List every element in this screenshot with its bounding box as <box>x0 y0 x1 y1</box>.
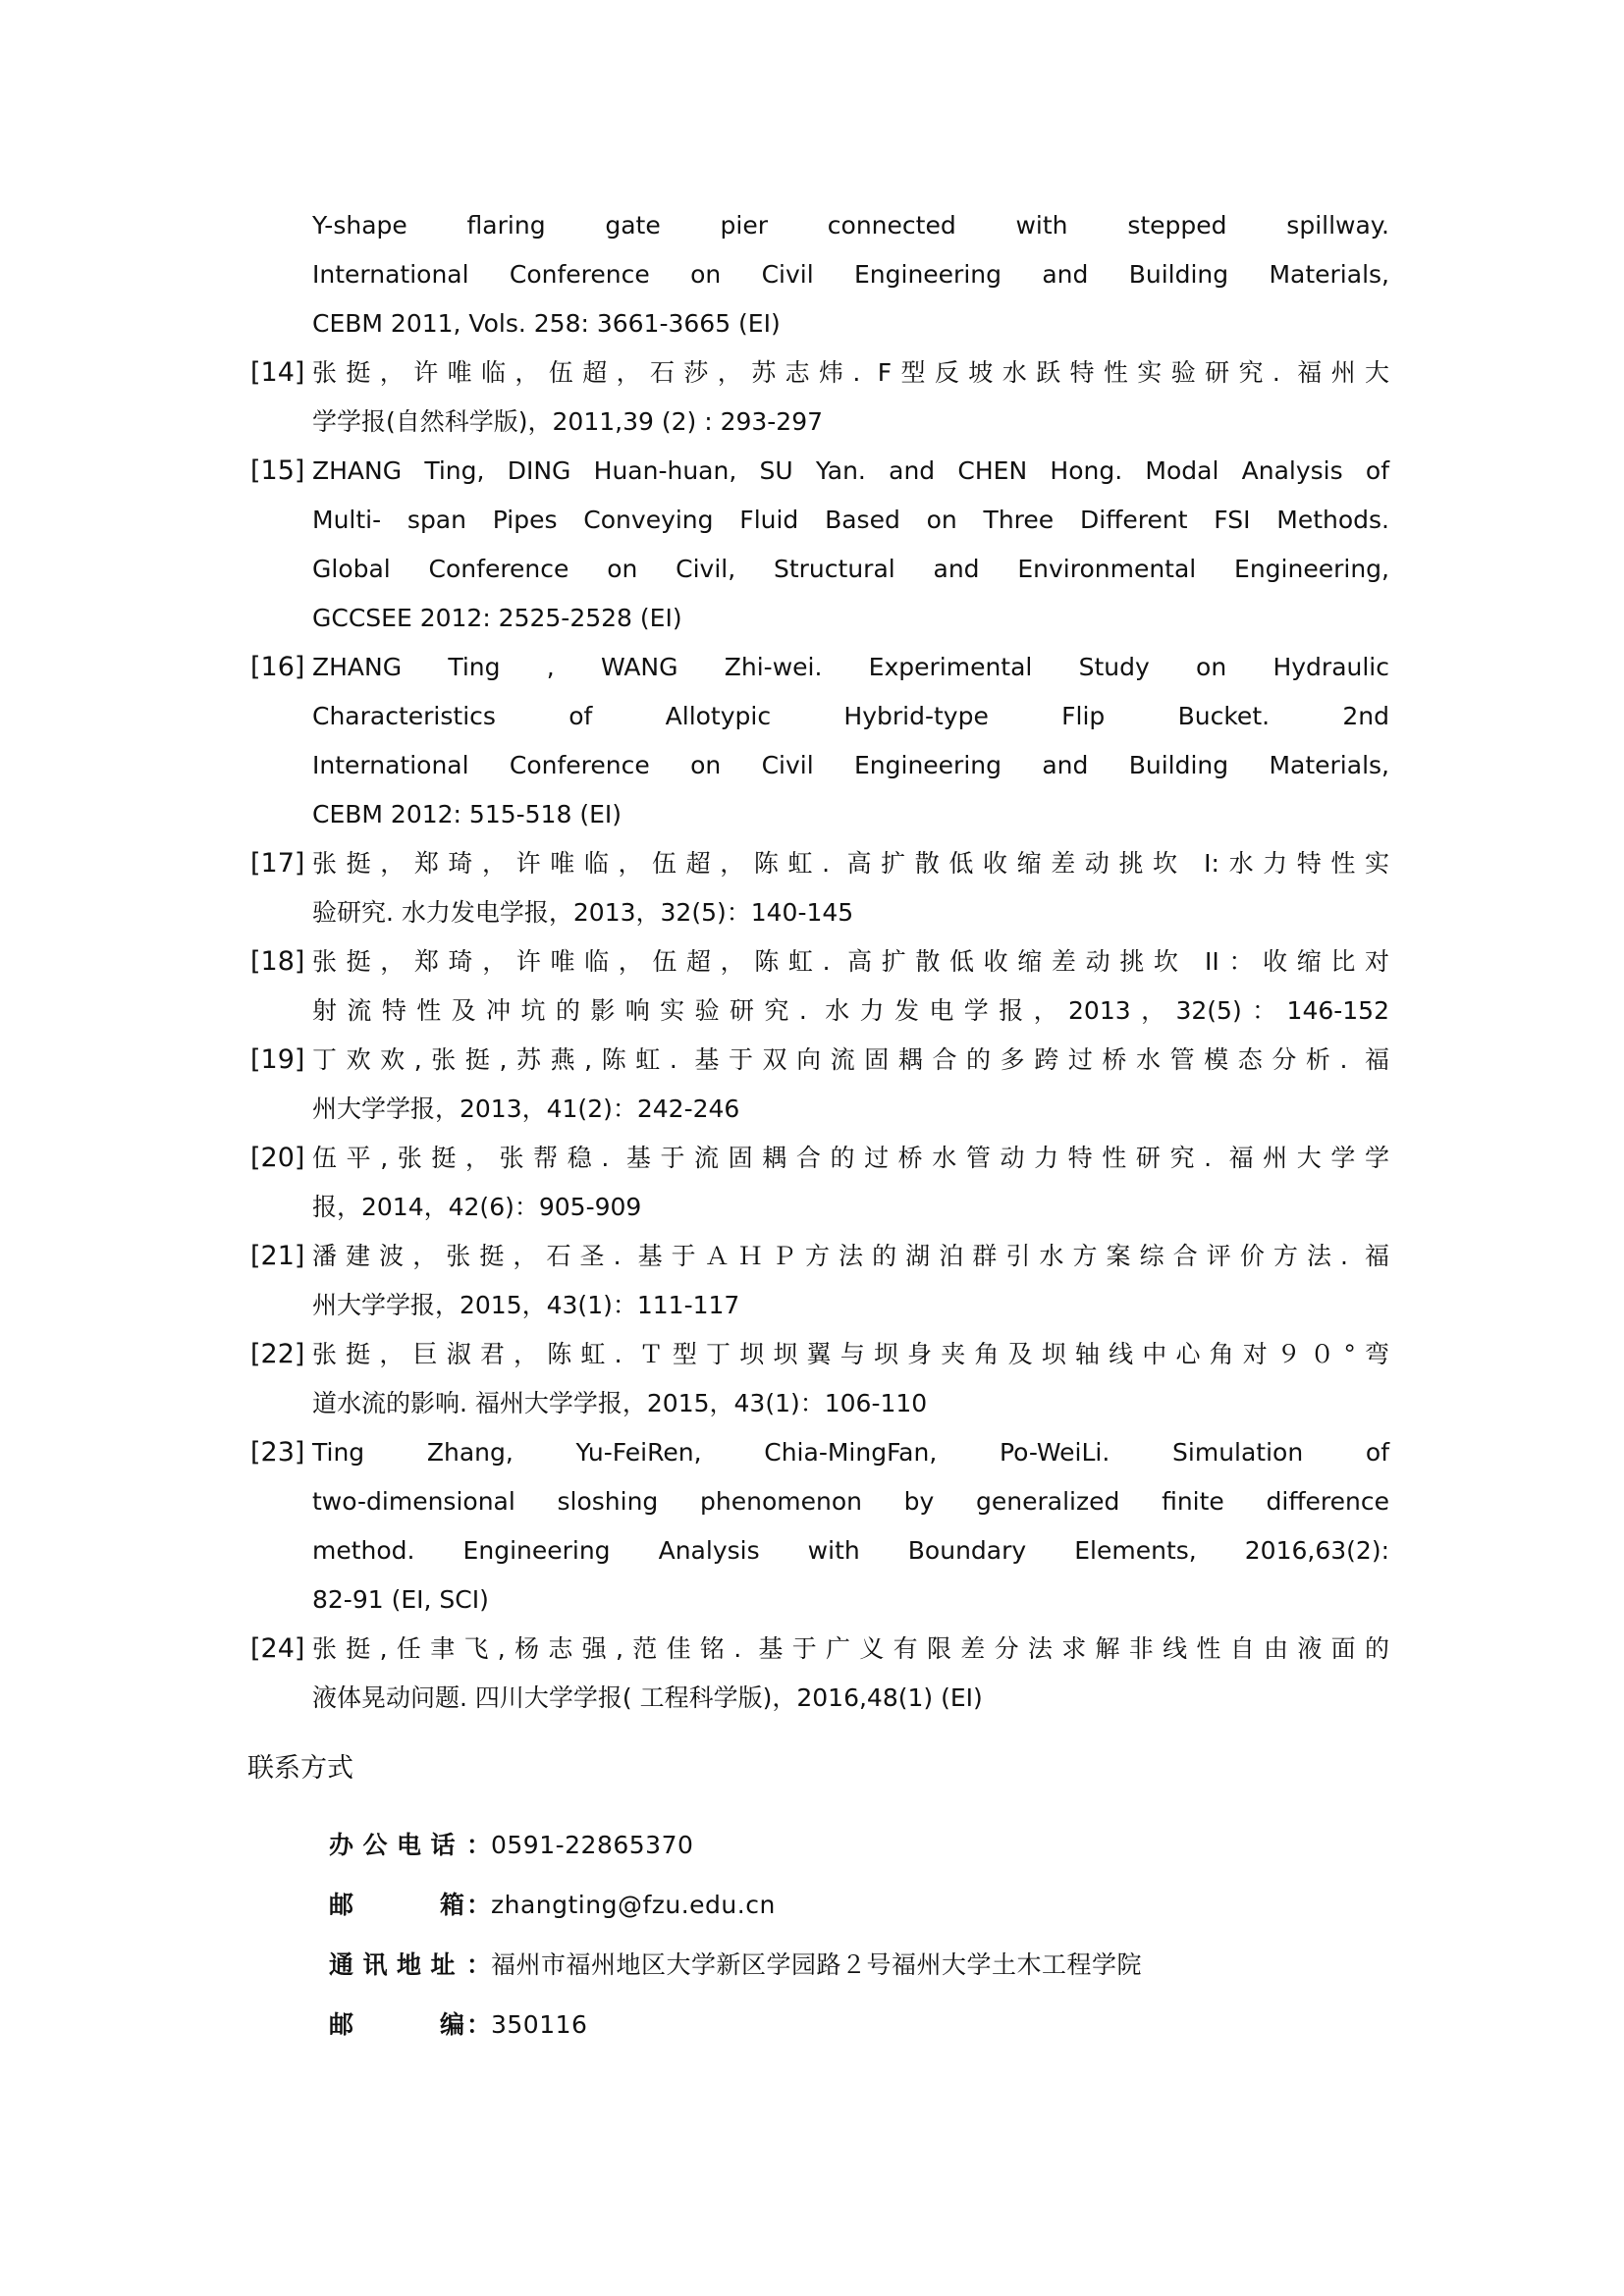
reference-item: [18]张挺，郑琦，许唯临，伍超，陈虹. 高扩散低收缩差动挑坎 II：收缩比对射… <box>250 937 1389 1036</box>
reference-line: 张挺，郑琦，许唯临，伍超，陈虹. 高扩散低收缩差动挑坎 II：收缩比对 <box>312 937 1389 987</box>
reference-item: [24]张挺,任聿飞,杨志强,范佳铭. 基于广义有限差分法求解非线性自由液面的液… <box>250 1625 1389 1723</box>
contact-info: 办 公 电 话 ： 0591-22865370 邮 箱 ： zhangting@… <box>329 1821 1142 2060</box>
email-value[interactable]: zhangting@fzu.edu.cn <box>491 1881 776 1941</box>
reference-line: ZHANG Ting, DING Huan-huan, SU Yan. and … <box>312 447 1389 496</box>
postcode-label: 邮 编 ： <box>329 2001 491 2060</box>
reference-number: [16] <box>250 643 304 692</box>
reference-item: [22]张挺，巨淑君，陈虹. Ｔ型丁坝坝翼与坝身夹角及坝轴线中心角对９０°弯道水… <box>250 1330 1389 1428</box>
contact-row-office-phone: 办 公 电 话 ： 0591-22865370 <box>329 1821 1142 1881</box>
reference-item: [14]张挺，许唯临，伍超，石莎，苏志炜. F型反坡水跃特性实验研究. 福州大学… <box>250 348 1389 447</box>
reference-text: 丁欢欢,张挺,苏燕,陈虹. 基于双向流固耦合的多跨过桥水管模态分析. 福州大学学… <box>312 1036 1389 1134</box>
reference-text: Ting Zhang, Yu-FeiRen, Chia-MingFan, Po-… <box>312 1428 1389 1625</box>
reference-line: Ting Zhang, Yu-FeiRen, Chia-MingFan, Po-… <box>312 1428 1389 1477</box>
reference-line: 报，2014，42(6)：905-909 <box>312 1183 1389 1232</box>
contact-row-postcode: 邮 编 ： 350116 <box>329 2001 1142 2060</box>
reference-number: [22] <box>250 1330 304 1379</box>
reference-number: [21] <box>250 1232 304 1281</box>
reference-line: CEBM 2011, Vols. 258: 3661-3665 (EI) <box>312 299 1389 348</box>
reference-line: International Conference on Civil Engine… <box>312 741 1389 790</box>
reference-line: 82-91 (EI, SCI) <box>312 1575 1389 1625</box>
reference-text: ZHANG Ting , WANG Zhi-wei. Experimental … <box>312 643 1389 839</box>
reference-line: 验研究. 水力发电学报，2013，32(5)：140-145 <box>312 888 1389 937</box>
reference-number: [14] <box>250 348 304 398</box>
reference-line: 学学报(自然科学版)，2011,39 (2) : 293-297 <box>312 398 1389 447</box>
reference-number: [24] <box>250 1625 304 1674</box>
reference-text: ZHANG Ting, DING Huan-huan, SU Yan. and … <box>312 447 1389 643</box>
reference-line: GCCSEE 2012: 2525-2528 (EI) <box>312 594 1389 643</box>
reference-text: Y-shape flaring gate pier connected with… <box>312 201 1389 348</box>
reference-line: ZHANG Ting , WANG Zhi-wei. Experimental … <box>312 643 1389 692</box>
contact-row-address: 通 讯 地 址 ： 福州市福州地区大学新区学园路２号福州大学土木工程学院 <box>329 1941 1142 2001</box>
reference-item: [17]张挺，郑琦，许唯临，伍超，陈虹. 高扩散低收缩差动挑坎 I:水力特性实验… <box>250 839 1389 937</box>
reference-text: 潘建波，张挺，石圣. 基于ＡＨＰ方法的湖泊群引水方案综合评价方法. 福州大学学报… <box>312 1232 1389 1330</box>
reference-number: [23] <box>250 1428 304 1477</box>
reference-line: Y-shape flaring gate pier connected with… <box>312 201 1389 250</box>
reference-text: 张挺，巨淑君，陈虹. Ｔ型丁坝坝翼与坝身夹角及坝轴线中心角对９０°弯道水流的影响… <box>312 1330 1389 1428</box>
reference-text: 张挺，郑琦，许唯临，伍超，陈虹. 高扩散低收缩差动挑坎 I:水力特性实验研究. … <box>312 839 1389 937</box>
reference-line: International Conference on Civil Engine… <box>312 250 1389 299</box>
office-phone-label: 办 公 电 话 ： <box>329 1821 491 1881</box>
document-page: Y-shape flaring gate pier connected with… <box>0 0 1624 2296</box>
reference-text: 张挺,任聿飞,杨志强,范佳铭. 基于广义有限差分法求解非线性自由液面的液体晃动问… <box>312 1625 1389 1723</box>
address-value: 福州市福州地区大学新区学园路２号福州大学土木工程学院 <box>491 1941 1142 2001</box>
reference-line: 州大学学报，2015，43(1)：111-117 <box>312 1281 1389 1330</box>
reference-text: 张挺，许唯临，伍超，石莎，苏志炜. F型反坡水跃特性实验研究. 福州大学学报(自… <box>312 348 1389 447</box>
reference-item: [21]潘建波，张挺，石圣. 基于ＡＨＰ方法的湖泊群引水方案综合评价方法. 福州… <box>250 1232 1389 1330</box>
reference-line: 张挺,任聿飞,杨志强,范佳铭. 基于广义有限差分法求解非线性自由液面的 <box>312 1625 1389 1674</box>
reference-item: [20]伍平,张挺，张帮稳. 基于流固耦合的过桥水管动力特性研究. 福州大学学报… <box>250 1134 1389 1232</box>
reference-number: [19] <box>250 1036 304 1085</box>
reference-line: 道水流的影响. 福州大学学报，2015，43(1)：106-110 <box>312 1379 1389 1428</box>
reference-line: 张挺，许唯临，伍超，石莎，苏志炜. F型反坡水跃特性实验研究. 福州大 <box>312 348 1389 398</box>
email-label: 邮 箱 ： <box>329 1881 491 1941</box>
contact-row-email: 邮 箱 ： zhangting@fzu.edu.cn <box>329 1881 1142 1941</box>
reference-line: 州大学学报，2013，41(2)：242-246 <box>312 1085 1389 1134</box>
reference-item: [15]ZHANG Ting, DING Huan-huan, SU Yan. … <box>250 447 1389 643</box>
reference-line: Characteristics of Allotypic Hybrid-type… <box>312 692 1389 741</box>
reference-line: 射流特性及冲坑的影响实验研究. 水力发电学报，2013，32(5)：146-15… <box>312 987 1389 1036</box>
reference-line: 潘建波，张挺，石圣. 基于ＡＨＰ方法的湖泊群引水方案综合评价方法. 福 <box>312 1232 1389 1281</box>
reference-line: Global Conference on Civil, Structural a… <box>312 545 1389 594</box>
reference-line: method. Engineering Analysis with Bounda… <box>312 1526 1389 1575</box>
office-phone-value: 0591-22865370 <box>491 1821 693 1881</box>
reference-line: 丁欢欢,张挺,苏燕,陈虹. 基于双向流固耦合的多跨过桥水管模态分析. 福 <box>312 1036 1389 1085</box>
reference-item: [16]ZHANG Ting , WANG Zhi-wei. Experimen… <box>250 643 1389 839</box>
reference-number: [18] <box>250 937 304 987</box>
reference-item: [23]Ting Zhang, Yu-FeiRen, Chia-MingFan,… <box>250 1428 1389 1625</box>
reference-item: [19]丁欢欢,张挺,苏燕,陈虹. 基于双向流固耦合的多跨过桥水管模态分析. 福… <box>250 1036 1389 1134</box>
reference-line: two-dimensional sloshing phenomenon by g… <box>312 1477 1389 1526</box>
contact-section-title: 联系方式 <box>247 1744 353 1793</box>
reference-line: CEBM 2012: 515-518 (EI) <box>312 790 1389 839</box>
reference-list: Y-shape flaring gate pier connected with… <box>250 201 1389 1723</box>
reference-line: 伍平,张挺，张帮稳. 基于流固耦合的过桥水管动力特性研究. 福州大学学 <box>312 1134 1389 1183</box>
reference-number: [17] <box>250 839 304 888</box>
reference-number: [15] <box>250 447 304 496</box>
reference-text: 张挺，郑琦，许唯临，伍超，陈虹. 高扩散低收缩差动挑坎 II：收缩比对射流特性及… <box>312 937 1389 1036</box>
reference-number: [20] <box>250 1134 304 1183</box>
reference-line: 张挺，巨淑君，陈虹. Ｔ型丁坝坝翼与坝身夹角及坝轴线中心角对９０°弯 <box>312 1330 1389 1379</box>
reference-item: Y-shape flaring gate pier connected with… <box>250 201 1389 348</box>
postcode-value: 350116 <box>491 2001 587 2060</box>
reference-line: 液体晃动问题. 四川大学学报( 工程科学版)，2016,48(1) (EI) <box>312 1674 1389 1723</box>
reference-text: 伍平,张挺，张帮稳. 基于流固耦合的过桥水管动力特性研究. 福州大学学报，201… <box>312 1134 1389 1232</box>
address-label: 通 讯 地 址 ： <box>329 1941 491 2001</box>
reference-line: Multi- span Pipes Conveying Fluid Based … <box>312 496 1389 545</box>
reference-line: 张挺，郑琦，许唯临，伍超，陈虹. 高扩散低收缩差动挑坎 I:水力特性实 <box>312 839 1389 888</box>
